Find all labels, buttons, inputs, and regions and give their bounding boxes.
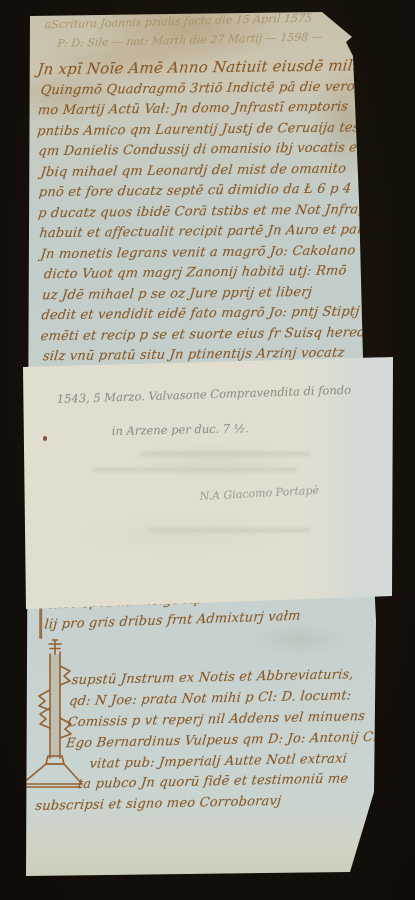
slip-note-line: in Arzene per duc. 7 ½.: [112, 421, 249, 438]
manuscript-line: supstū Jnstrum ex Notis et Abbreviaturis…: [71, 667, 355, 688]
manuscript-scan: aScritura Joannis pzialis facta die 15 A…: [0, 0, 415, 900]
show-through-smudge: [92, 468, 297, 472]
manuscript-line: Ego Bernardinus Vulpeus qm D: Jo: Antoni…: [65, 730, 378, 752]
manuscript-line: vitat pub: Jmperialj Autte Notl extraxi: [89, 751, 348, 771]
manuscript-line: ta pubco Jn quorū fidē et testimoniū me: [77, 771, 349, 792]
manuscript-line: qd: N Joe: prata Not mihi p Cl: D. locum…: [68, 688, 352, 709]
slip-signature: N.A Giacomo Portapè: [199, 484, 319, 503]
manuscript-line: Comissis p vt reperj nil Addens vel minu…: [67, 709, 366, 730]
slip-note-line: 1543, 5 Marzo. Valvasone Compravendita d…: [57, 383, 352, 406]
ink-speck: [43, 436, 47, 441]
show-through-smudge: [150, 528, 310, 532]
show-through-smudge: [140, 452, 310, 456]
manuscript-line: subscripsi et signo meo Corroboravj: [35, 794, 282, 814]
